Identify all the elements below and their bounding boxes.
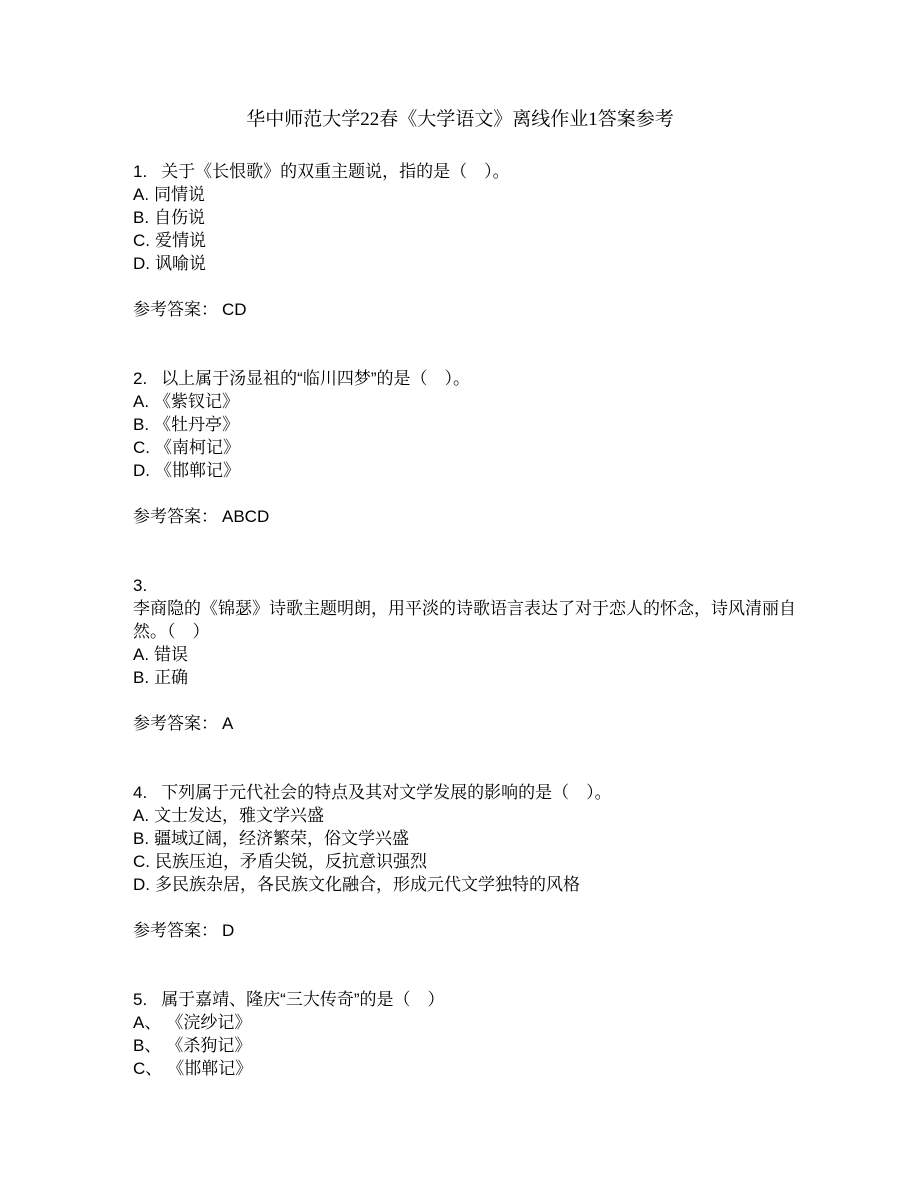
option-line: B.正确	[133, 666, 797, 689]
option-label: A.	[133, 183, 149, 206]
option-line: C.爱情说	[133, 229, 797, 252]
option-line: A、《浣纱记》	[133, 1011, 797, 1034]
option-label: D.	[133, 459, 150, 482]
option-text: 爱情说	[155, 231, 206, 250]
answer-label: 参考答案：	[133, 507, 218, 526]
option-text: 文士发达，雅文学兴盛	[154, 806, 324, 825]
question-text: 李商隐的《锦瑟》诗歌主题明朗，用平淡的诗歌语言表达了对于恋人的怀念，诗风清丽自然…	[133, 597, 797, 643]
option-label: B.	[133, 827, 149, 850]
option-text: 《浣纱记》	[166, 1013, 251, 1032]
option-text: 正确	[154, 668, 188, 687]
option-label: A.	[133, 390, 149, 413]
answer-value: ABCD	[222, 507, 269, 526]
question-line: 4.下列属于元代社会的特点及其对文学发展的影响的是（ ）。	[133, 781, 797, 804]
option-text: 《牡丹亭》	[154, 415, 239, 434]
question-block: 1.关于《长恨歌》的双重主题说，指的是（ ）。A.同情说B.自伤说C.爱情说D.…	[133, 160, 797, 321]
option-label: A、	[133, 1011, 161, 1034]
question-line: 5.属于嘉靖、隆庆“三大传奇”的是（ ）	[133, 988, 797, 1011]
option-text: 自伤说	[154, 208, 205, 227]
answer-label: 参考答案：	[133, 300, 218, 319]
option-line: B.自伤说	[133, 206, 797, 229]
option-label: B.	[133, 413, 149, 436]
option-line: D.讽喻说	[133, 252, 797, 275]
answer-value: D	[222, 921, 234, 940]
option-label: A.	[133, 804, 149, 827]
option-label: C.	[133, 850, 150, 873]
document-title: 华中师范大学22春《大学语文》离线作业1答案参考	[0, 107, 920, 132]
option-label: C.	[133, 229, 150, 252]
question-block: 5.属于嘉靖、隆庆“三大传奇”的是（ ）A、《浣纱记》B、《杀狗记》C、《邯郸记…	[133, 988, 797, 1080]
option-label: D.	[133, 252, 150, 275]
answer-line: 参考答案：A	[133, 712, 797, 735]
option-text: 讽喻说	[155, 254, 206, 273]
option-line: A.同情说	[133, 183, 797, 206]
question-number: 1.	[133, 160, 147, 183]
answer-value: A	[222, 714, 233, 733]
answer-value: CD	[222, 300, 247, 319]
option-line: A.《紫钗记》	[133, 390, 797, 413]
option-label: B、	[133, 1034, 161, 1057]
question-number: 3.	[133, 574, 147, 597]
question-line: 2.以上属于汤显祖的“临川四梦”的是（ ）。	[133, 367, 797, 390]
answer-label: 参考答案：	[133, 714, 218, 733]
option-text: 《杀狗记》	[166, 1036, 251, 1055]
option-line: C.《南柯记》	[133, 436, 797, 459]
answer-line: 参考答案：CD	[133, 298, 797, 321]
option-line: A.文士发达，雅文学兴盛	[133, 804, 797, 827]
question-text: 属于嘉靖、隆庆“三大传奇”的是（ ）	[161, 990, 444, 1009]
question-text: 下列属于元代社会的特点及其对文学发展的影响的是（ ）。	[161, 783, 612, 802]
option-label: B.	[133, 666, 149, 689]
option-text: 民族压迫，矛盾尖锐，反抗意识强烈	[155, 852, 427, 871]
option-line: D.多民族杂居，各民族文化融合，形成元代文学独特的风格	[133, 873, 797, 896]
question-block: 4.下列属于元代社会的特点及其对文学发展的影响的是（ ）。A.文士发达，雅文学兴…	[133, 781, 797, 942]
question-block: 3.李商隐的《锦瑟》诗歌主题明朗，用平淡的诗歌语言表达了对于恋人的怀念，诗风清丽…	[133, 574, 797, 735]
option-line: A.错误	[133, 643, 797, 666]
option-text: 多民族杂居，各民族文化融合，形成元代文学独特的风格	[155, 875, 580, 894]
question-text: 关于《长恨歌》的双重主题说，指的是（ ）。	[161, 162, 510, 181]
questions-container: 1.关于《长恨歌》的双重主题说，指的是（ ）。A.同情说B.自伤说C.爱情说D.…	[133, 160, 797, 1126]
document-page: 华中师范大学22春《大学语文》离线作业1答案参考 1.关于《长恨歌》的双重主题说…	[0, 0, 920, 1191]
question-text: 以上属于汤显祖的“临川四梦”的是（ ）。	[161, 369, 470, 388]
answer-line: 参考答案：D	[133, 919, 797, 942]
answer-label: 参考答案：	[133, 921, 218, 940]
question-number: 4.	[133, 781, 147, 804]
option-text: 《紫钗记》	[154, 392, 239, 411]
option-line: B.疆域辽阔，经济繁荣，俗文学兴盛	[133, 827, 797, 850]
option-text: 错误	[154, 645, 188, 664]
option-line: C.民族压迫，矛盾尖锐，反抗意识强烈	[133, 850, 797, 873]
option-label: C.	[133, 436, 150, 459]
question-number: 2.	[133, 367, 147, 390]
answer-line: 参考答案：ABCD	[133, 505, 797, 528]
option-line: B.《牡丹亭》	[133, 413, 797, 436]
option-text: 《南柯记》	[155, 438, 240, 457]
question-block: 2.以上属于汤显祖的“临川四梦”的是（ ）。A.《紫钗记》B.《牡丹亭》C.《南…	[133, 367, 797, 528]
option-line: C、《邯郸记》	[133, 1057, 797, 1080]
question-line: 1.关于《长恨歌》的双重主题说，指的是（ ）。	[133, 160, 797, 183]
option-text: 《邯郸记》	[167, 1059, 252, 1078]
option-label: B.	[133, 206, 149, 229]
option-line: D.《邯郸记》	[133, 459, 797, 482]
option-line: B、《杀狗记》	[133, 1034, 797, 1057]
option-label: A.	[133, 643, 149, 666]
option-text: 疆域辽阔，经济繁荣，俗文学兴盛	[154, 829, 409, 848]
question-number: 5.	[133, 988, 147, 1011]
question-line: 3.	[133, 574, 797, 597]
option-label: D.	[133, 873, 150, 896]
option-text: 同情说	[154, 185, 205, 204]
option-text: 《邯郸记》	[155, 461, 240, 480]
option-label: C、	[133, 1057, 162, 1080]
